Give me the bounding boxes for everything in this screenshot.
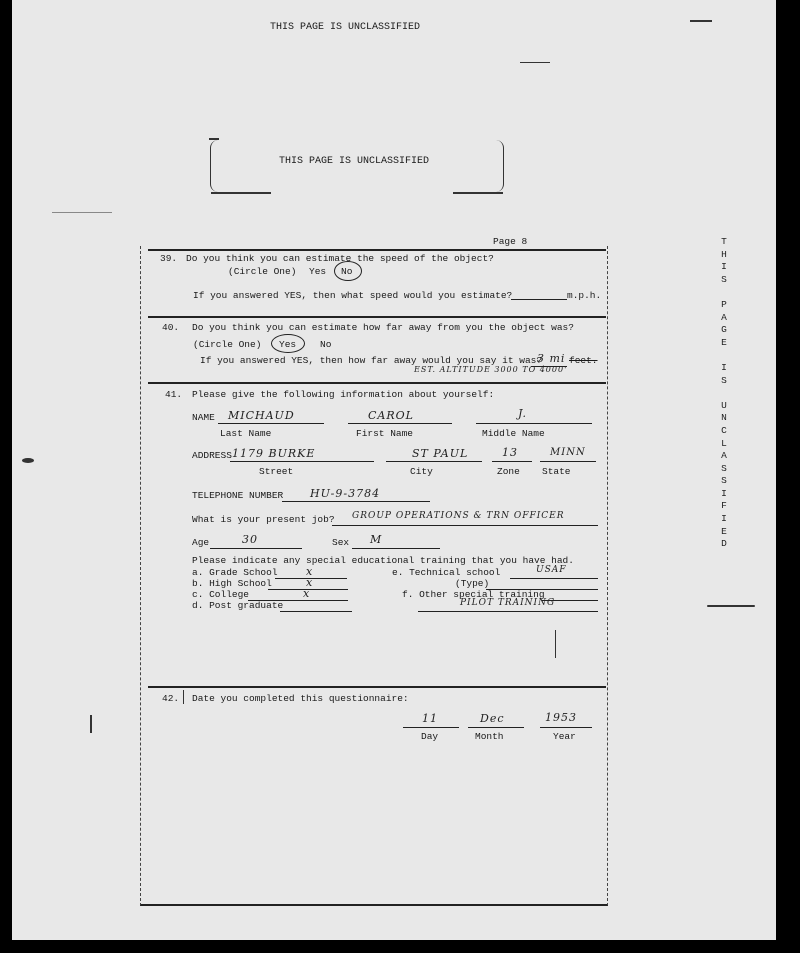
side-banner-letter: F xyxy=(717,500,731,513)
last-name-caption: Last Name xyxy=(220,428,271,439)
divider xyxy=(148,316,606,318)
other-training-field[interactable]: PILOT TRAINING xyxy=(460,598,555,608)
day-caption: Day xyxy=(421,731,438,742)
side-banner-letter: E xyxy=(717,337,731,350)
college-label: c. College xyxy=(192,589,249,600)
q39-circle-label: (Circle One) xyxy=(228,266,296,277)
day-field[interactable]: 11 xyxy=(422,712,438,725)
grade-school-label: a. Grade School xyxy=(192,567,278,578)
scan-artifact xyxy=(555,630,556,658)
top-classification-banner: THIS PAGE IS UNCLASSIFIED xyxy=(270,22,420,33)
side-banner-letter: P xyxy=(717,299,731,312)
state-line xyxy=(540,461,596,462)
side-banner-letter: S xyxy=(717,274,731,287)
q42-prompt: Date you completed this questionnaire: xyxy=(192,693,409,704)
sex-line xyxy=(352,548,440,549)
high-school-label: b. High School xyxy=(192,578,272,589)
day-line xyxy=(403,727,459,728)
age-label: Age xyxy=(192,537,209,548)
middle-name-line xyxy=(476,423,592,424)
street-field[interactable]: 1179 BURKE xyxy=(232,447,315,460)
q39-unit: m.p.h. xyxy=(567,290,601,301)
q40-selection-circle xyxy=(271,334,305,353)
type-caption: (Type) xyxy=(455,578,489,589)
year-caption: Year xyxy=(553,731,576,742)
q40-altitude-note: EST. ALTITUDE 3000 TO 4000' xyxy=(414,365,567,374)
side-banner-letter: I xyxy=(717,513,731,526)
side-banner-letter xyxy=(717,387,731,400)
side-banner-letter: G xyxy=(717,324,731,337)
sex-field[interactable]: M xyxy=(370,533,382,546)
side-banner-letter: D xyxy=(717,538,731,551)
q42-number: 42. xyxy=(162,693,179,704)
post-graduate-label: d. Post graduate xyxy=(192,600,283,611)
q40-circle-label: (Circle One) xyxy=(193,339,261,350)
year-line xyxy=(540,727,592,728)
street-caption: Street xyxy=(259,466,293,477)
technical-school-field[interactable]: USAF xyxy=(536,565,567,575)
side-banner-letter: A xyxy=(717,450,731,463)
state-field[interactable]: MINN xyxy=(550,447,586,458)
sex-label: Sex xyxy=(332,537,349,548)
phone-line xyxy=(282,501,430,502)
q40-unit-struck: feet. xyxy=(569,355,598,366)
scan-artifact xyxy=(90,715,92,733)
college-field[interactable]: x xyxy=(303,587,310,600)
side-banner-letter: S xyxy=(717,375,731,388)
first-name-field[interactable]: CAROL xyxy=(368,409,414,422)
side-banner-letter: U xyxy=(717,400,731,413)
scan-artifact xyxy=(520,62,550,63)
q40-answer-field[interactable]: 3 mi xyxy=(537,352,565,365)
q39-yes-option[interactable]: Yes xyxy=(309,266,326,277)
q41-prompt: Please give the following information ab… xyxy=(192,389,494,400)
side-banner-letter: N xyxy=(717,412,731,425)
q41-number: 41. xyxy=(165,389,182,400)
side-banner-letter: H xyxy=(717,249,731,262)
side-banner-letter: I xyxy=(717,362,731,375)
side-banner-letter xyxy=(717,286,731,299)
divider xyxy=(148,382,606,384)
city-caption: City xyxy=(410,466,433,477)
name-label: NAME xyxy=(192,412,215,423)
q40-no-option[interactable]: No xyxy=(320,339,331,350)
state-caption: State xyxy=(542,466,571,477)
city-field[interactable]: ST PAUL xyxy=(412,447,468,460)
last-name-line xyxy=(218,423,324,424)
city-line xyxy=(386,461,482,462)
phone-label: TELEPHONE NUMBER xyxy=(192,490,283,501)
q40-question: Do you think you can estimate how far aw… xyxy=(192,322,574,333)
q39-number: 39. xyxy=(160,253,177,264)
technical-school-label: e. Technical school xyxy=(392,567,500,578)
job-line xyxy=(332,525,598,526)
side-banner-letter: S xyxy=(717,475,731,488)
month-caption: Month xyxy=(475,731,504,742)
divider xyxy=(148,686,606,688)
first-name-caption: First Name xyxy=(356,428,413,439)
side-banner-letter xyxy=(717,349,731,362)
job-field[interactable]: GROUP OPERATIONS & TRN OFFICER xyxy=(352,511,565,521)
address-label: ADDRESS xyxy=(192,450,232,461)
street-line xyxy=(230,461,374,462)
first-name-line xyxy=(348,423,452,424)
scan-artifact xyxy=(52,212,112,213)
side-banner-letter: I xyxy=(717,261,731,274)
job-label: What is your present job? xyxy=(192,514,335,525)
last-name-field[interactable]: MICHAUD xyxy=(228,409,295,422)
side-banner-letter: I xyxy=(717,488,731,501)
q42-divider-tick xyxy=(183,690,184,704)
zone-caption: Zone xyxy=(497,466,520,477)
q39-selection-circle xyxy=(334,261,362,281)
other-training-line-2 xyxy=(418,611,598,612)
side-banner-letter: L xyxy=(717,438,731,451)
post-graduate-line xyxy=(280,611,352,612)
middle-name-field[interactable]: J. xyxy=(518,407,527,420)
side-banner-letter: C xyxy=(717,425,731,438)
divider xyxy=(148,249,606,251)
middle-name-caption: Middle Name xyxy=(482,428,545,439)
side-classification-banner: THIS PAGE IS UNCLASSIFIED xyxy=(717,236,731,551)
side-banner-letter: E xyxy=(717,526,731,539)
training-prompt: Please indicate any special educational … xyxy=(192,555,574,566)
month-field[interactable]: Dec xyxy=(480,712,505,725)
technical-school-line xyxy=(510,578,598,579)
year-field[interactable]: 1953 xyxy=(545,711,577,724)
side-banner-letter: S xyxy=(717,463,731,476)
zone-line xyxy=(492,461,532,462)
q39-followup: If you answered YES, then what speed wou… xyxy=(193,290,512,301)
q39-answer-line xyxy=(511,299,567,300)
phone-field[interactable]: HU-9-3784 xyxy=(310,487,380,500)
side-banner-letter: T xyxy=(717,236,731,249)
side-banner-letter: A xyxy=(717,312,731,325)
boxed-classification-banner: THIS PAGE IS UNCLASSIFIED xyxy=(279,156,429,167)
age-field[interactable]: 30 xyxy=(242,533,258,546)
scan-artifact xyxy=(22,458,34,463)
month-line xyxy=(468,727,524,728)
scan-artifact xyxy=(707,605,755,607)
age-line xyxy=(210,548,302,549)
zone-field[interactable]: 13 xyxy=(502,446,518,459)
q40-number: 40. xyxy=(162,322,179,333)
scan-artifact xyxy=(690,20,712,22)
